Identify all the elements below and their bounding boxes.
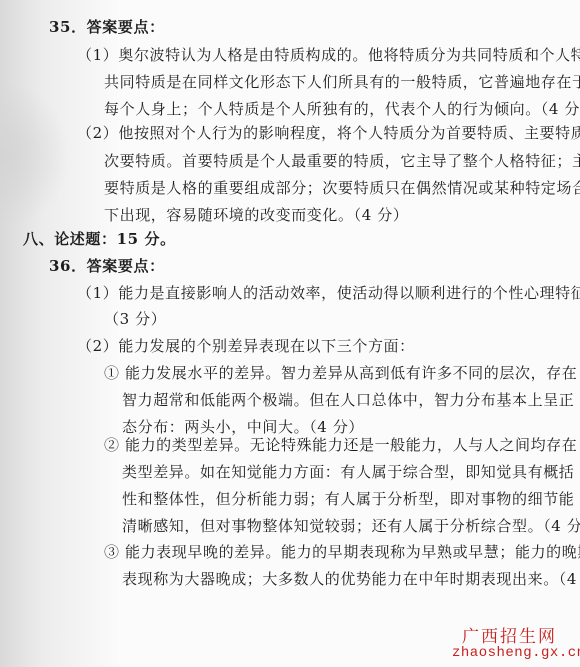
q36-p1-line1: （1）能力是直接影响人的活动效率，使活动得以顺利进行的个性心理特征。: [77, 284, 580, 302]
q35-p1-line2: 共同特质是在同样文化形态下人们所具有的一般特质，它普遍地存在于: [104, 73, 580, 91]
q35-header: 35．答案要点：: [49, 18, 165, 36]
q36-p1-line2: （3 分）: [104, 310, 166, 328]
q36-item3-line1: ③ 能力表现早晚的差异。能力的早期表现称为早熟或早慧；能力的晚期: [104, 543, 580, 561]
q35-p2-line4: 下出现，容易随环境的改变而变化。（4 分）: [104, 206, 408, 224]
q35-p2-line1: （2）他按照对个人行为的影响程度，将个人特质分为首要特质、主要特质和: [77, 124, 580, 142]
q36-item1-line2: 智力超常和低能两个极端。但在人口总体中，智力分布基本上呈正: [122, 391, 574, 409]
q35-p1-line1: （1）奥尔波特认为人格是由特质构成的。他将特质分为共同特质和个人特质。: [77, 46, 580, 64]
q35-p2-line3: 要特质是人格的重要组成部分；次要特质只在偶然情况或某种特定场合: [104, 179, 580, 197]
q36-p2-intro: （2）能力发展的个别差异表现在以下三个方面：: [77, 337, 415, 355]
scan-shadow-blot: [0, 80, 70, 230]
q36-item1-line1: ① 能力发展水平的差异。智力差异从高到低有许多不同的层次，存在: [104, 364, 577, 382]
watermark-site-name: 广西招生网: [462, 622, 557, 647]
q36-item3-line2: 表现称为大器晚成；大多数人的优势能力在中年时期表现出来。（4 分）: [122, 570, 580, 588]
q35-p1-line3: 每个人身上；个人特质是个人所独有的，代表个人的行为倾向。（4 分）: [104, 100, 580, 118]
q36-item2-line3: 性和整体性，但分析能力弱；有人属于分析型，即对事物的细节能: [122, 490, 574, 508]
q35-p2-line2: 次要特质。首要特质是个人最重要的特质，它主导了整个人格特征；主: [104, 152, 580, 170]
section8-title: 八、论述题：15 分。: [23, 230, 176, 248]
q36-item2-line1: ② 能力的类型差异。无论特殊能力还是一般能力，人与人之间均存在: [104, 436, 577, 454]
watermark-url: zhaosheng.gx.cn: [452, 645, 580, 661]
q36-item1-line3: 态分布：两头小，中间大。（4 分）: [122, 418, 364, 436]
q36-item2-line4: 清晰感知，但对事物整体知觉较弱；还有人属于分析综合型。（4 分）: [122, 517, 580, 535]
q36-header: 36．答案要点：: [49, 257, 165, 275]
q36-item2-line2: 类型差异。如在知觉能力方面：有人属于综合型，即知觉具有概括: [122, 463, 574, 481]
